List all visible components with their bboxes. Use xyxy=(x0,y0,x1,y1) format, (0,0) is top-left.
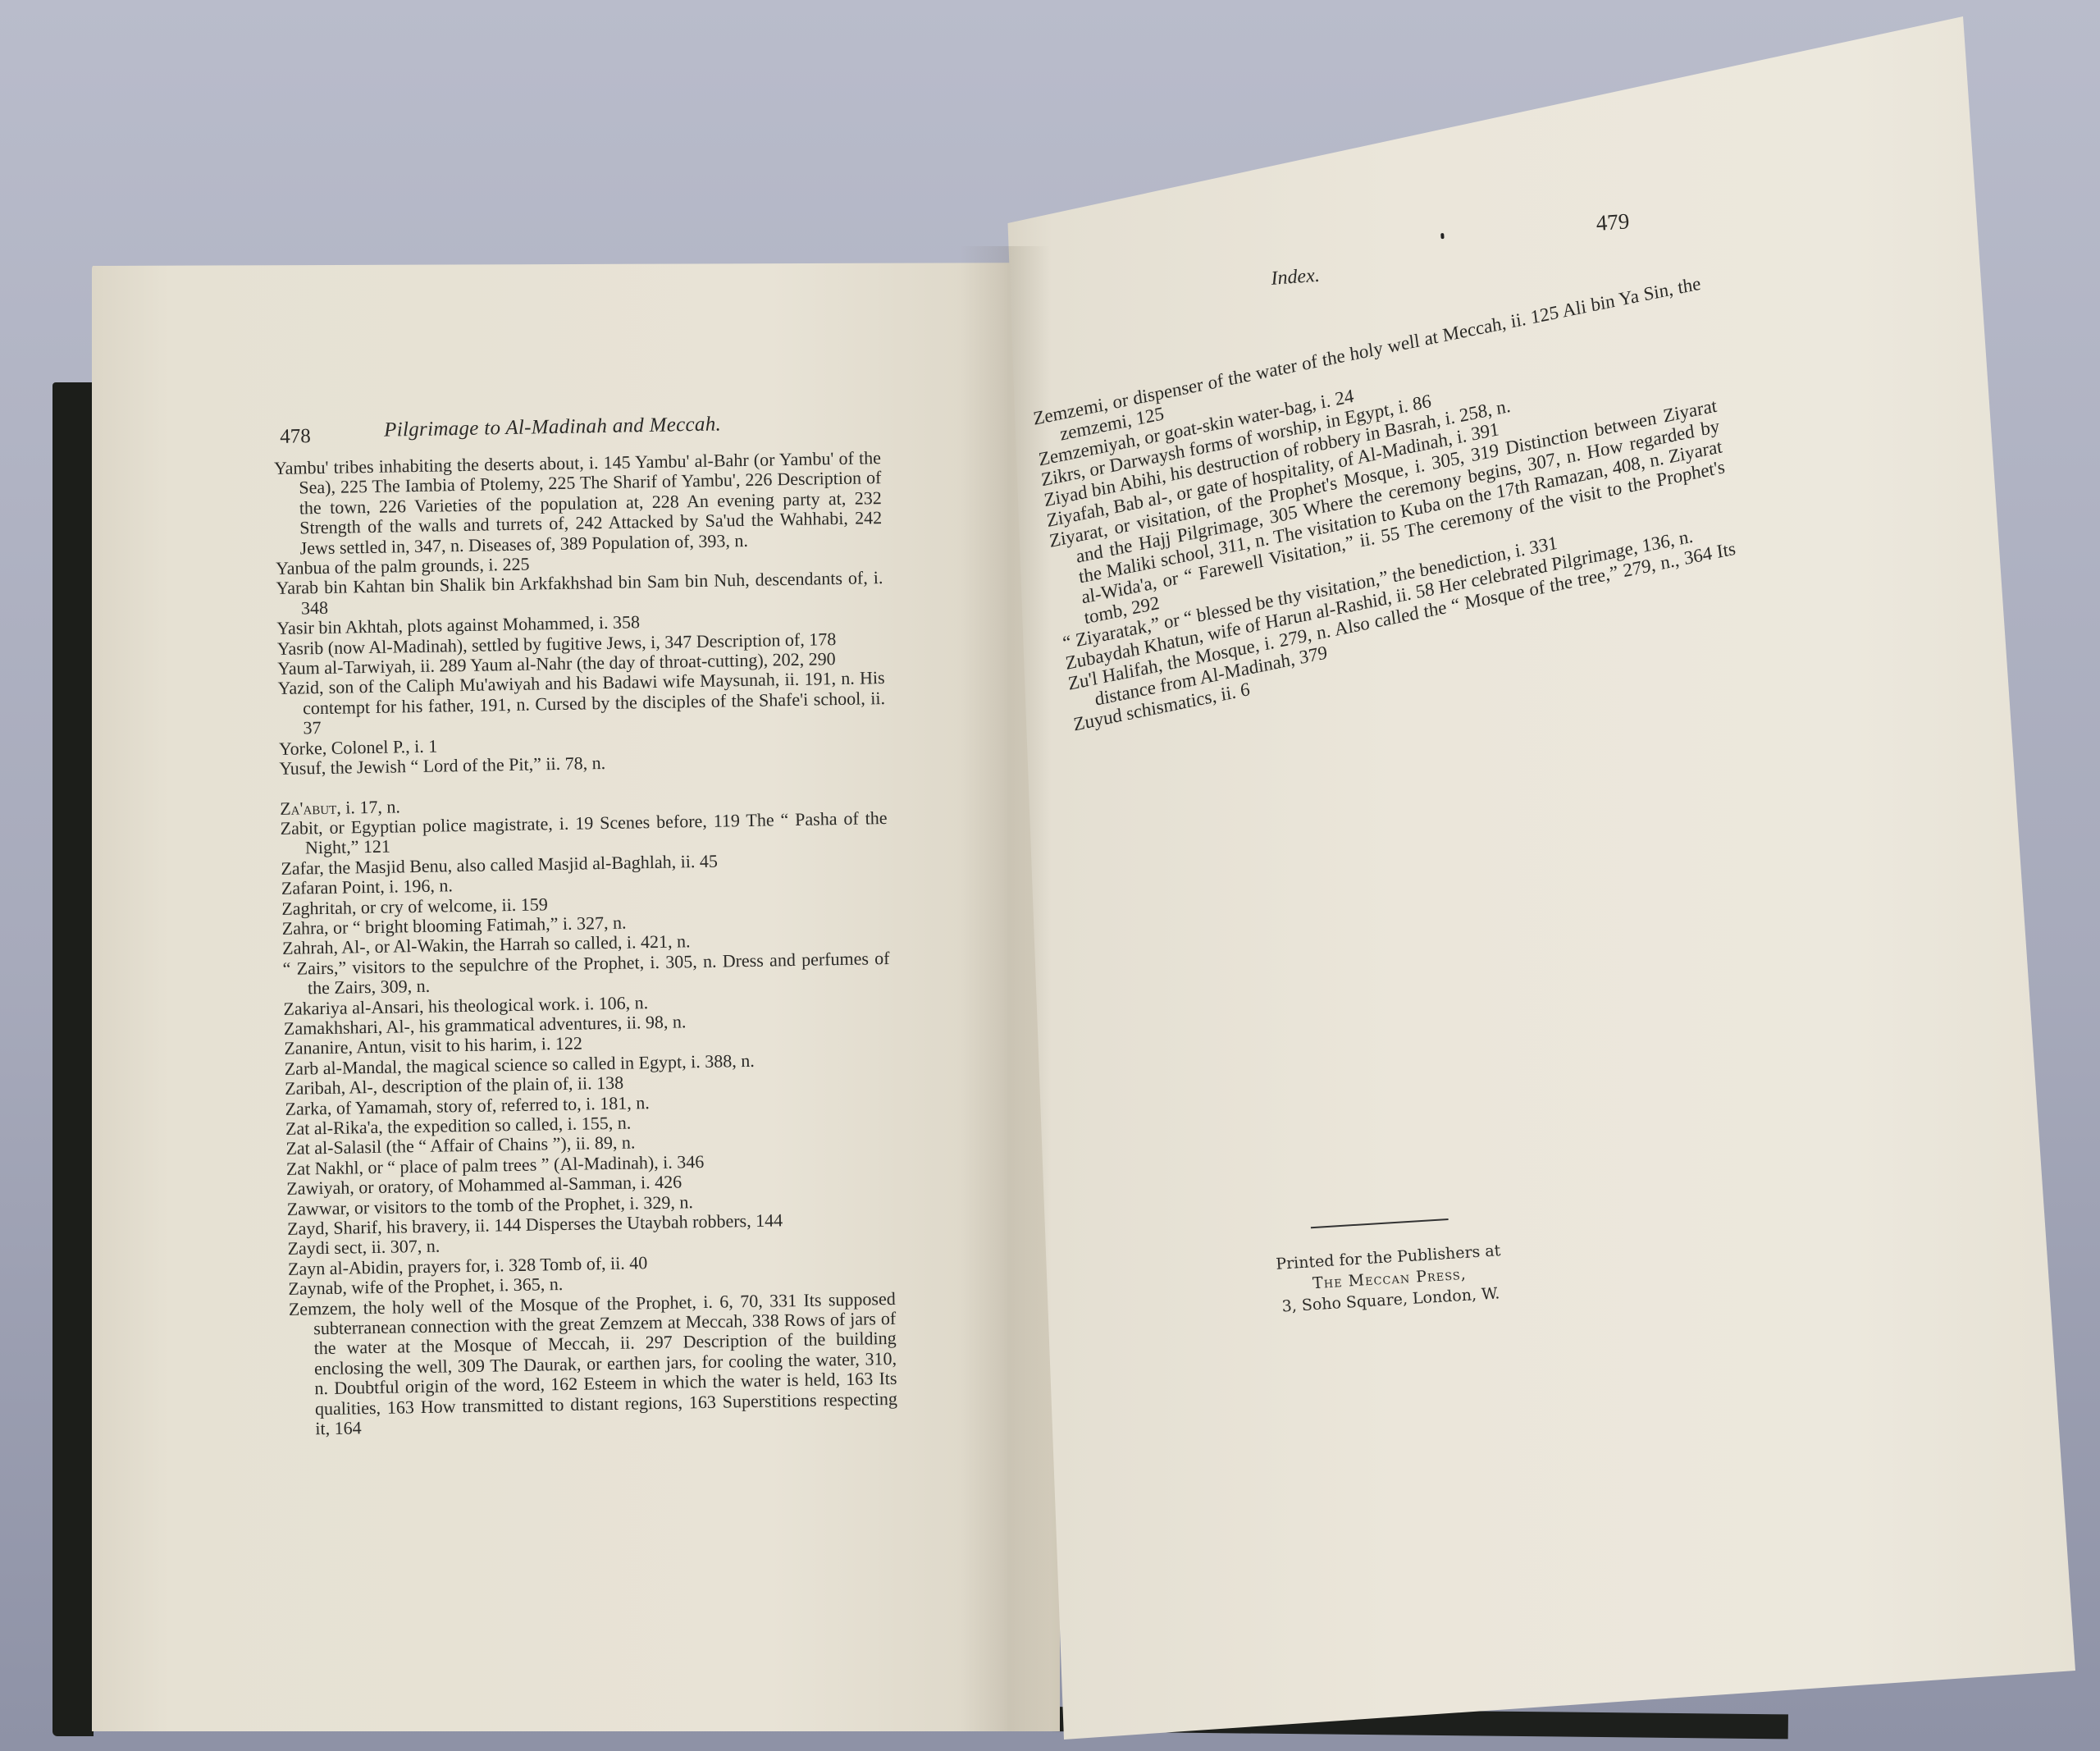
entry-rest: , i. 17, n. xyxy=(336,796,400,817)
page-number-left: 478 xyxy=(280,427,311,447)
running-title-left: Pilgrimage to Al-Madinah and Meccah. xyxy=(384,414,721,441)
right-page xyxy=(952,16,2075,1740)
print-speck xyxy=(1440,233,1444,239)
left-page-text: 478 Pilgrimage to Al-Madinah and Meccah.… xyxy=(273,412,898,1439)
small-caps-headword: Za'abut xyxy=(280,797,337,818)
index-entry: Zemzem, the holy well of the Mosque of t… xyxy=(289,1289,898,1440)
index-entry: Yambu' tribes inhabiting the deserts abo… xyxy=(274,448,883,559)
page-number-right: 479 xyxy=(1596,208,1631,236)
book-cover-spine xyxy=(52,382,94,1736)
book-gutter xyxy=(960,246,1050,1731)
running-title-right: Index. xyxy=(1271,265,1321,290)
index-entry: Yazid, son of the Caliph Mu'awiyah and h… xyxy=(277,669,885,739)
printer-imprint: Printed for the Publishers at The Meccan… xyxy=(1247,1214,1531,1319)
